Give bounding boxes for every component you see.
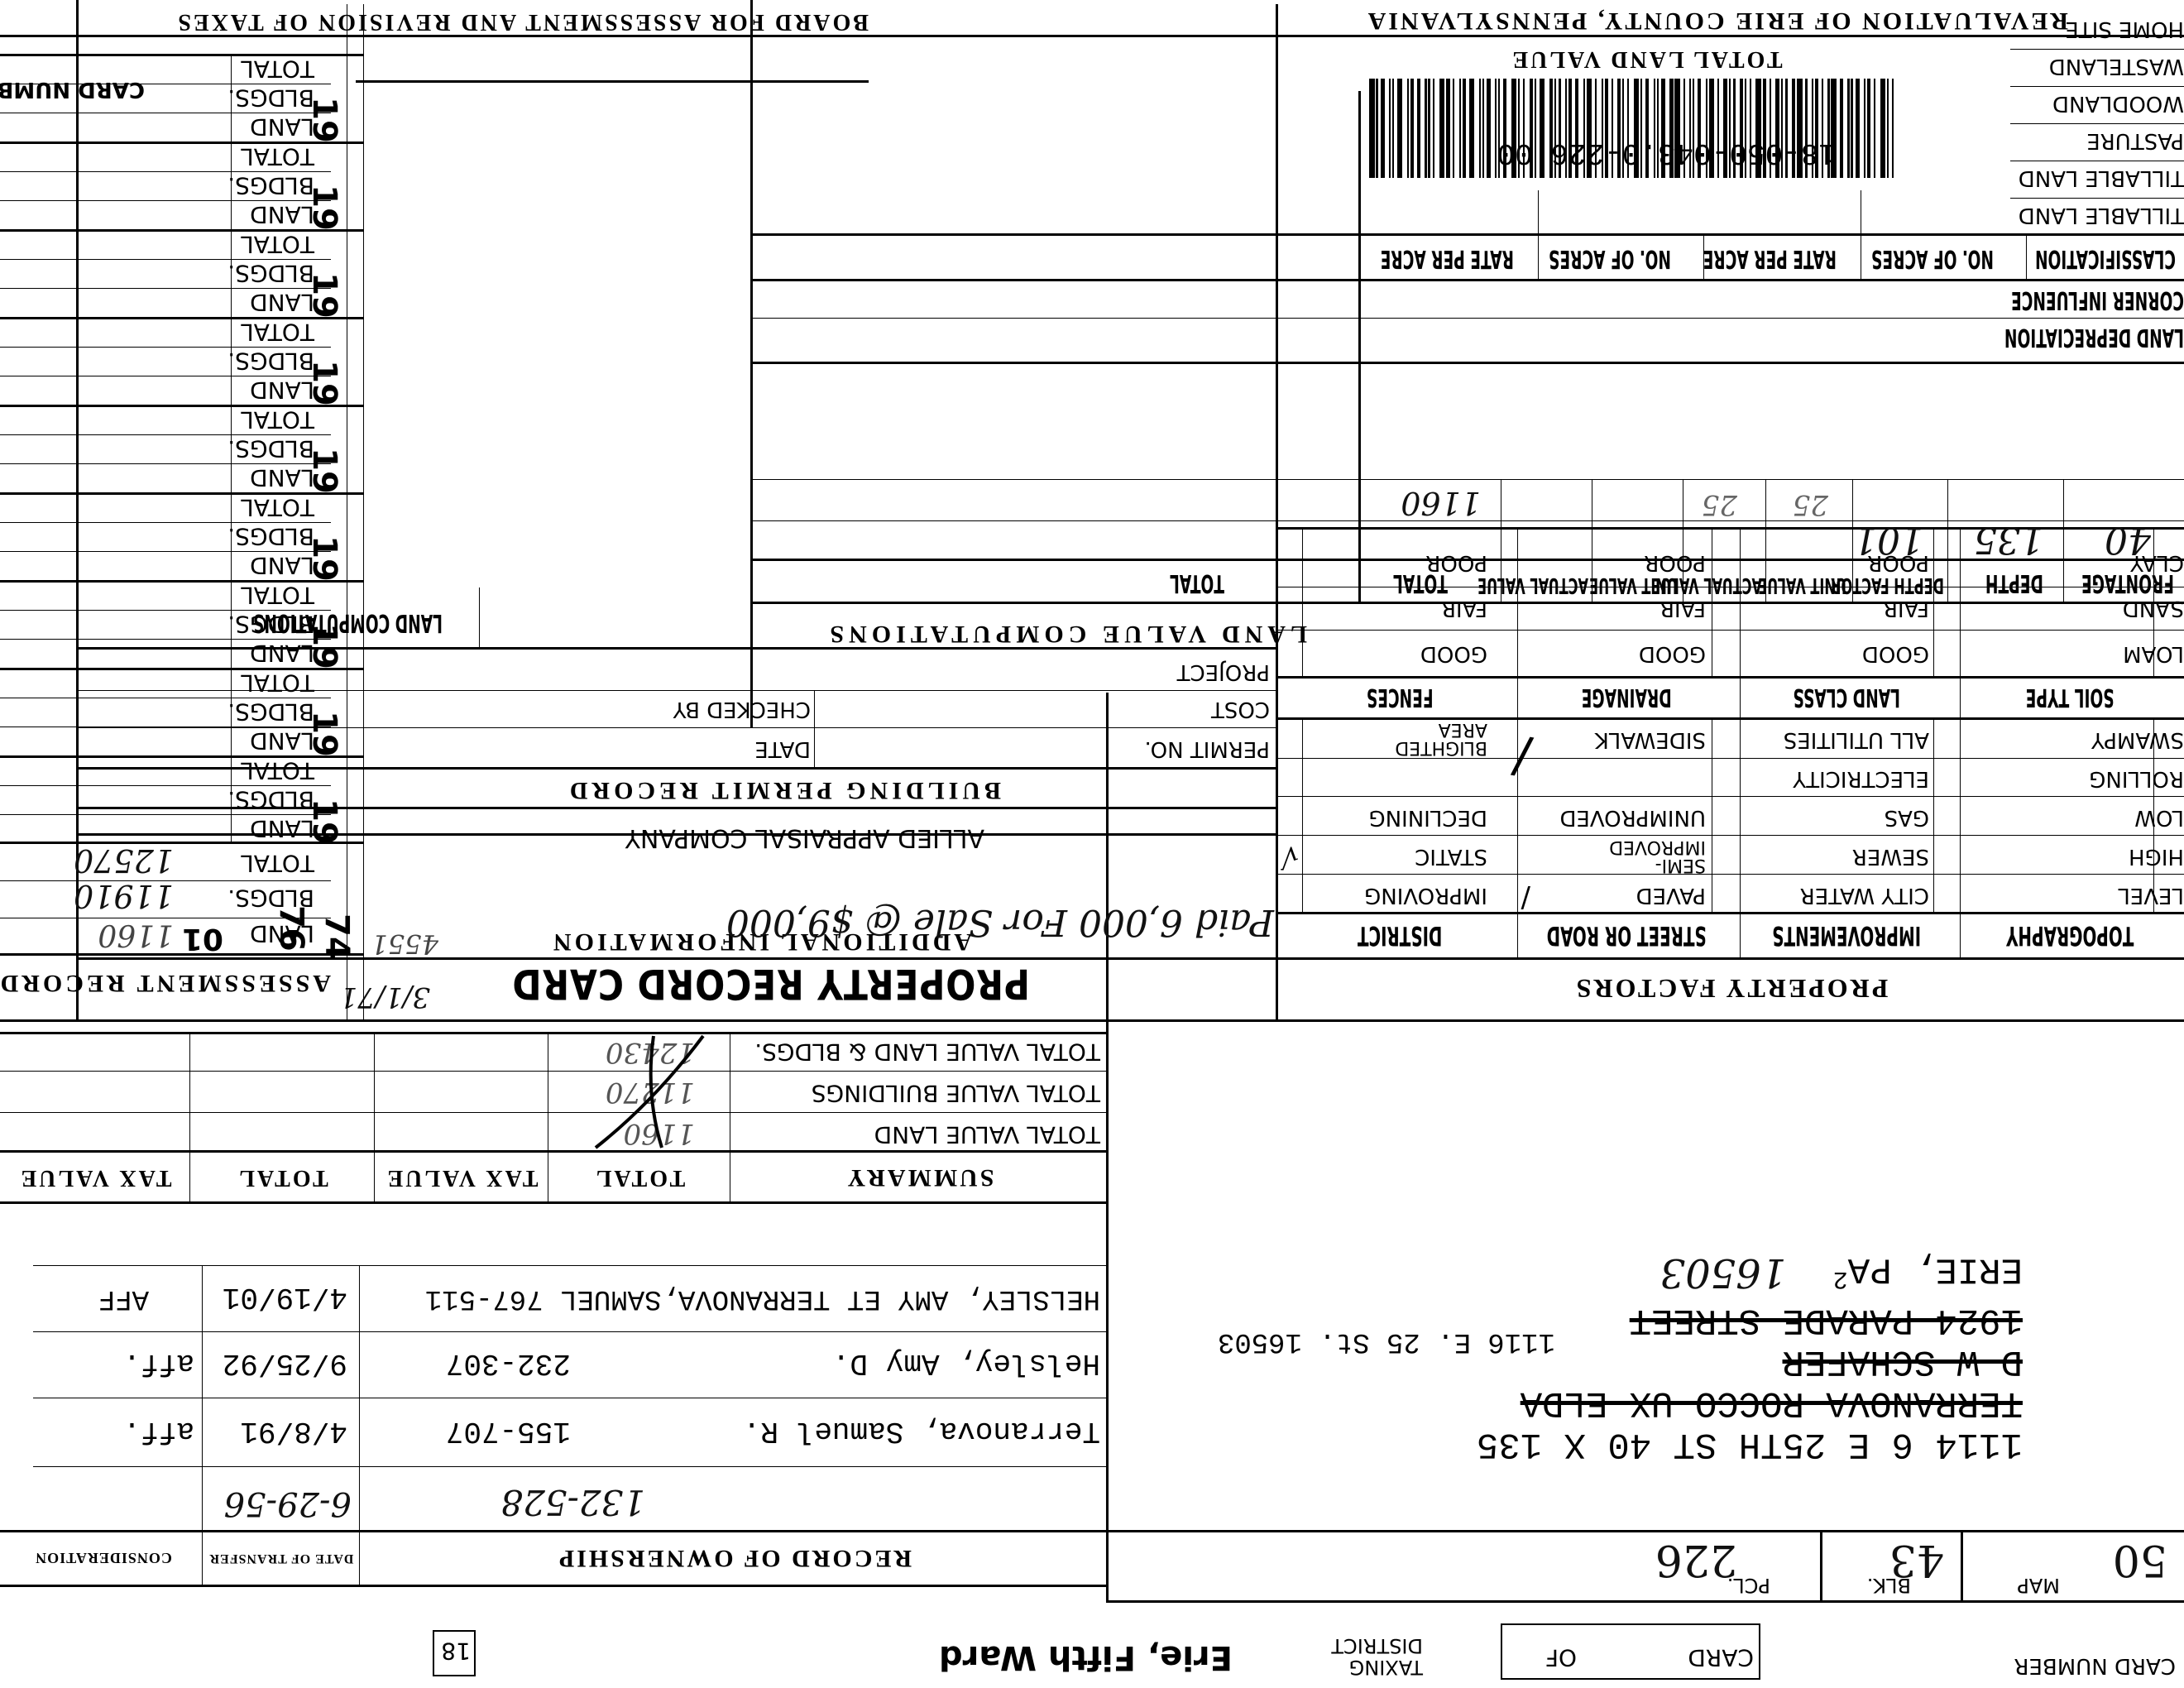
- summary-row-label: TOTAL VALUE LAND & BLDGS.: [754, 1038, 1100, 1066]
- cross-out-mark: [587, 1032, 711, 1152]
- depth-value: 135: [1974, 519, 2043, 561]
- legal-description: 1114 6 E 25TH ST 40 X 135 TERRANOVA ROCC…: [1477, 1248, 2023, 1465]
- assessment-block: 19 LAND BLDGS. TOTAL: [0, 756, 364, 844]
- map-value: 50: [2113, 1535, 2167, 1585]
- assessment-block: 19 LAND BLDGS. TOTAL: [0, 230, 364, 318]
- additional-info-note: Paid 6,000 For Sale @ $9,000: [726, 901, 1274, 943]
- land-total-value: 1160: [1401, 485, 1481, 521]
- land-value-title: LAND VALUE COMPUTATIONS: [825, 620, 1307, 648]
- assessment-block: 19 LAND BLDGS. TOTAL: [0, 493, 364, 581]
- ownership-title: RECORD OF OWNERSHIP: [360, 1534, 1109, 1582]
- page-title: PROPERTY RECORD CARD: [511, 960, 1030, 1008]
- taxing-district-label: TAXING DISTRICT: [1324, 1635, 1423, 1678]
- frontage-value: 40: [2105, 519, 2151, 561]
- assessment-block: 19 LAND BLDGS. TOTAL: [0, 318, 364, 405]
- depth-factor-value: 101: [1854, 519, 1923, 561]
- summary-row-label: TOTAL VALUE BUILDINGS: [812, 1080, 1100, 1107]
- paved-check-mark[interactable]: /: [1521, 881, 1530, 914]
- barcode: [1369, 79, 1915, 178]
- pcl-value: 226: [1655, 1535, 1737, 1585]
- assessment-block: 19 LAND BLDGS. TOTAL: [0, 669, 364, 756]
- static-check-mark[interactable]: √: [1281, 840, 1299, 873]
- summary-row-label: TOTAL VALUE LAND: [874, 1121, 1100, 1149]
- board-title: BOARD FOR ASSESSMENT AND REVISION OF TAX…: [175, 8, 869, 35]
- property-factors-title: PROPERTY FACTORS: [1278, 961, 2184, 1016]
- site-address: 1116 E. 25 St. 16503: [1218, 1326, 1555, 1357]
- taxing-district-value: Erie, Fifth Ward: [939, 1638, 1233, 1676]
- assessment-block: 19 LAND BLDGS. TOTAL: [0, 405, 364, 493]
- blk-value: 43: [1889, 1535, 1944, 1585]
- sidewalk-check-mark[interactable]: /: [1509, 727, 1535, 787]
- assessment-block: 19 LAND BLDGS. TOTAL: [0, 142, 364, 230]
- ward-box: 18: [433, 1630, 476, 1676]
- card-number-label: CARD NUMBER: [2076, 1653, 2176, 1678]
- property-record-card: CARD NUMBER CARD NUMBER CARD OF TAXING D…: [0, 0, 2184, 1688]
- county-title: REVALUATION OF ERIE COUNTY, PENNSYLVANIA: [1366, 7, 2068, 35]
- assessment-block: 19 LAND BLDGS. TOTAL: [0, 55, 364, 142]
- assessment-block: 19 LAND BLDGS. TOTAL: [0, 581, 364, 669]
- card-of-box: CARD OF: [1501, 1623, 1760, 1680]
